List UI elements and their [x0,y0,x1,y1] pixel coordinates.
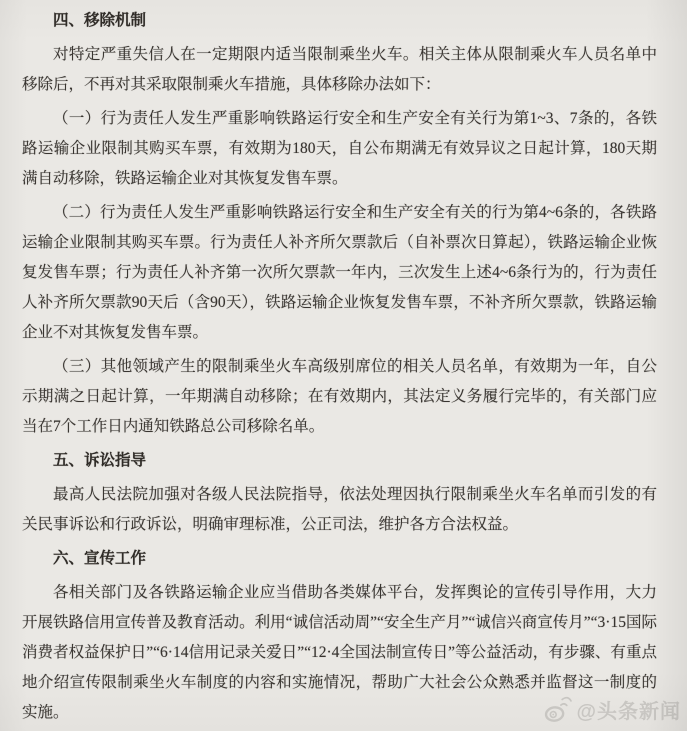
paragraph: 对特定严重失信人在一定期限内适当限制乘坐火车。相关主体从限制乘火车人员名单中移除… [22,40,657,100]
watermark-handle: @头条新闻 [576,695,681,724]
paragraph: （一）行为责任人发生严重影响铁路运行安全和生产安全有关行为第1~3、7条的，各铁… [22,104,657,194]
document-body: 四、移除机制对特定严重失信人在一定期限内适当限制乘坐火车。相关主体从限制乘火车人… [0,0,687,728]
document-page: 四、移除机制对特定严重失信人在一定期限内适当限制乘坐火车。相关主体从限制乘火车人… [0,0,687,731]
paragraph: 最高人民法院加强对各级人民法院指导，依法处理因执行限制乘坐火车名单而引发的有关民… [22,480,657,540]
watermark: @头条新闻 [543,695,681,724]
weibo-icon [542,694,575,725]
paragraph: （三）其他领域产生的限制乘坐火车高级别席位的相关人员名单，有效期为一年，自公示期… [22,352,657,442]
section-heading: 六、宣传工作 [22,544,657,574]
paragraph: （二）行为责任人发生严重影响铁路运行安全和生产安全有关的行为第4~6条的，各铁路… [22,198,657,348]
section-heading: 四、移除机制 [22,6,657,36]
section-heading: 五、诉讼指导 [22,446,657,476]
